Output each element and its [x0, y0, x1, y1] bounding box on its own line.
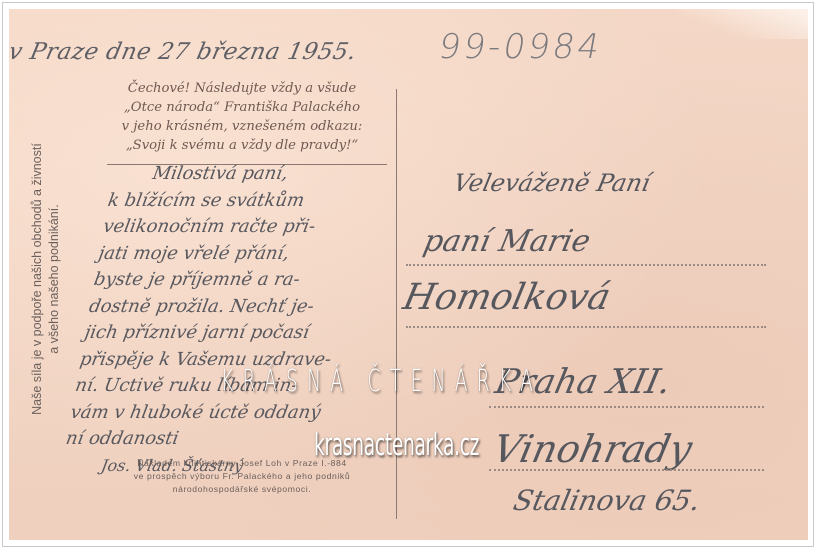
- motto-line: v jeho krásném, vznešeném odkazu:: [97, 117, 387, 136]
- imprint-line: ve prospěch výboru Fr. Palackého a jeho …: [92, 470, 392, 483]
- imprint-line: národohospodářské svépomoci.: [92, 483, 392, 496]
- address-dotted-line: [489, 406, 764, 408]
- address-recipient-name: paní Marie: [420, 224, 593, 259]
- archive-number: 99-0984: [435, 27, 605, 67]
- watermark-title: KRÁSNÁ ČTENÁŘKA: [221, 364, 542, 399]
- handwritten-date: v Praze dne 27 března 1955.: [9, 39, 359, 65]
- slogan-line-1: Naše síla je v podpoře našich obchodů a …: [29, 79, 46, 479]
- message-line: k blížícím se svátkům: [106, 188, 431, 215]
- motto-line: „Otce národa“ Františka Palackého: [97, 98, 387, 117]
- message-line: vám v hluboké úctě oddaný: [68, 400, 393, 427]
- vertical-slogan: Naše síla je v podpoře našich obchodů a …: [29, 79, 63, 479]
- message-line: velikonočním račte při-: [101, 214, 426, 241]
- postcard: v Praze dne 27 března 1955. 99-0984 Čech…: [9, 9, 808, 540]
- message-line: byste je příjemně a ra-: [92, 267, 417, 294]
- address-street: Stalinova 65.: [510, 484, 703, 517]
- address-dotted-line: [489, 469, 764, 471]
- slogan-line-2: a všeho našeho podnikání.: [46, 79, 63, 479]
- printed-motto: Čechové! Následujte vždy a všude „Otce n…: [97, 79, 387, 155]
- message-line: Milostivá paní,: [110, 161, 435, 188]
- message-line: dostně prožila. Nechť je-: [87, 294, 412, 321]
- address-dotted-line: [406, 326, 766, 328]
- watermark-url: krasnactenarka.cz: [314, 427, 479, 463]
- address-salutation: Veleváženě Paní: [451, 169, 653, 197]
- message-line: jich příznivé jarní počasí: [82, 320, 407, 347]
- address-dotted-line: [406, 264, 766, 266]
- motto-line: „Svoji k svému a vždy dle pravdy!“: [97, 136, 387, 155]
- address-district: Vinohrady: [489, 427, 696, 471]
- address-surname: Homolková: [400, 277, 614, 318]
- motto-line: Čechové! Následujte vždy a všude: [97, 79, 387, 98]
- message-line: jati moje vřelé přání,: [96, 241, 421, 268]
